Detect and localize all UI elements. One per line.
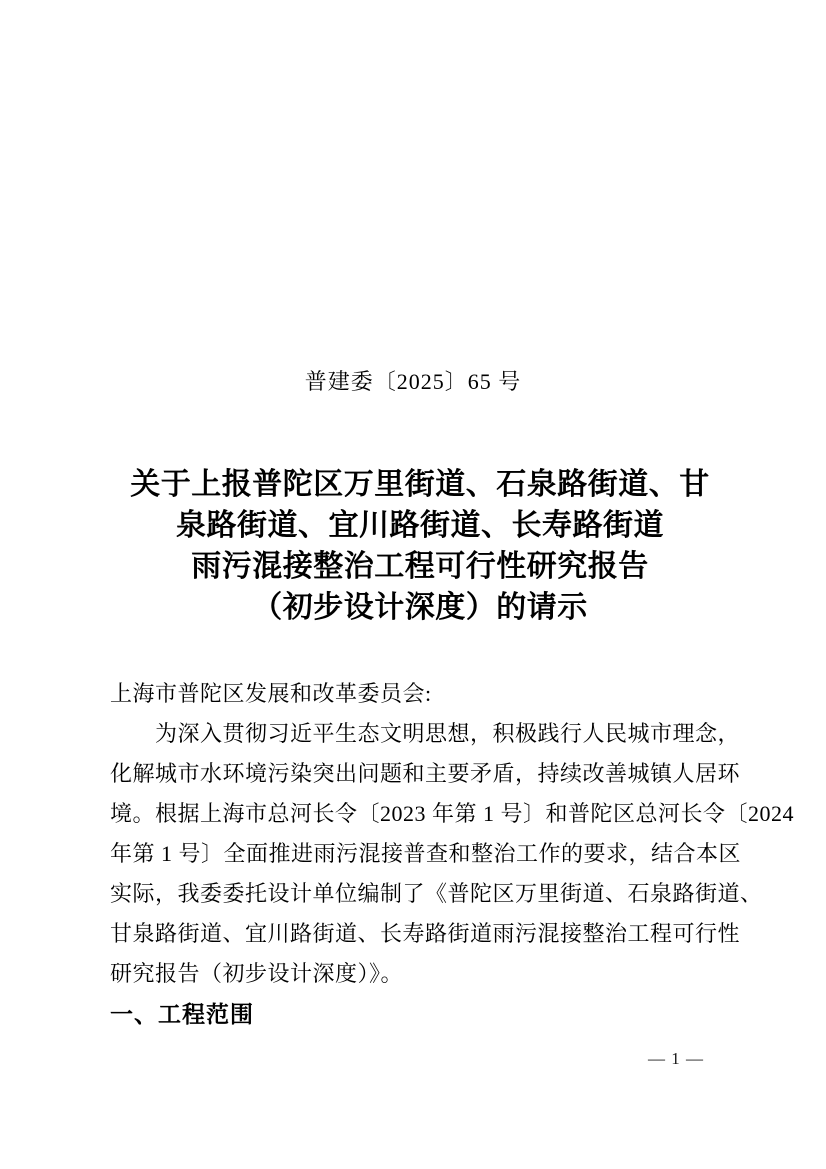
paragraph-line: 年第 1 号〕全面推进雨污混接普查和整治工作的要求，结合本区 [110,834,726,874]
page-number: — 1 — [648,1049,704,1069]
title-line: 关于上报普陀区万里街道、石泉路街道、甘 [14,464,826,505]
paragraph-line: 研究报告（初步设计深度）》。 [110,954,726,994]
document-body: 上海市普陀区发展和改革委员会: 为深入贯彻习近平生态文明思想，积极践行人民城市理… [110,674,726,1034]
document-title: 关于上报普陀区万里街道、石泉路街道、甘 泉路街道、宜川路街道、长寿路街道 雨污混… [14,464,826,628]
paragraph-line: 实际，我委委托设计单位编制了《普陀区万里街道、石泉路街道、 [110,874,726,914]
section-heading: 一、工程范围 [110,994,726,1034]
addressee: 上海市普陀区发展和改革委员会: [110,674,726,714]
paragraph-line: 境。根据上海市总河长令〔2023 年第 1 号〕和普陀区总河长令〔2024 [110,794,726,834]
paragraph-line: 为深入贯彻习近平生态文明思想，积极践行人民城市理念， [110,714,726,754]
title-line: 泉路街道、宜川路街道、长寿路街道 [14,505,826,546]
paragraph-line: 化解城市水环境污染突出问题和主要矛盾，持续改善城镇人居环 [110,754,726,794]
paragraph-line: 甘泉路街道、宜川路街道、长寿路街道雨污混接整治工程可行性 [110,914,726,954]
title-line: （初步设计深度）的请示 [14,587,826,628]
title-line: 雨污混接整治工程可行性研究报告 [14,546,826,587]
document-page: 普建委〔2025〕65 号 关于上报普陀区万里街道、石泉路街道、甘 泉路街道、宜… [0,0,826,1169]
doc-number: 普建委〔2025〕65 号 [0,369,826,395]
